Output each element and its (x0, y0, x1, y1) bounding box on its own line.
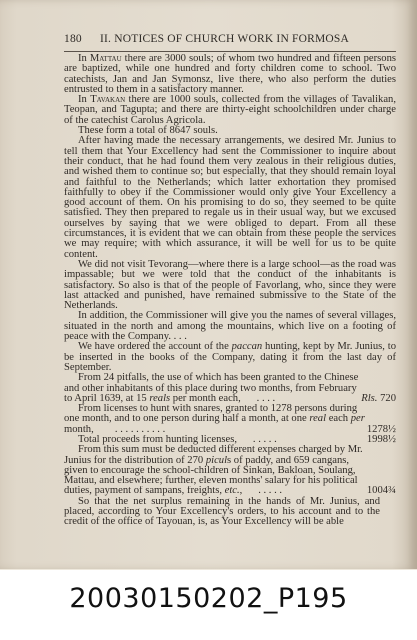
italic-term: real (309, 413, 326, 424)
header-rule (64, 51, 396, 52)
italic-term: picul (206, 455, 227, 466)
ledger-deductions: From this sum must be deducted different… (64, 445, 396, 496)
text: Junius for the distribution of 270 (64, 455, 206, 466)
paragraph-paccan: We have ordered the account of the pacca… (64, 342, 396, 373)
leader-dots: . . . . . . . . . . (115, 425, 165, 435)
text: s of paddy, and 659 cangans, (227, 455, 349, 466)
text: each (326, 413, 351, 424)
running-header: 180 II. NOTICES OF CHURCH WORK IN FORMOS… (64, 33, 396, 47)
ledger-line: From 24 pitfalls, the use of which has b… (64, 373, 380, 383)
running-title: II. NOTICES OF CHURCH WORK IN FORMOSA (100, 33, 349, 45)
amount: 720 (380, 393, 396, 404)
image-id-caption: 20030150202_P195 (0, 583, 417, 614)
ledger-snares: From licenses to hunt with snares, grant… (64, 404, 396, 435)
paragraph-mattau: In Mattau there are 3000 souls; of whom … (64, 54, 396, 95)
currency-label: Rls. (361, 393, 377, 404)
paragraph-villages: In addition, the Commissioner will give … (64, 311, 396, 342)
text: duties, payment of sampans, freights, (64, 486, 225, 496)
paragraph-arrangements: After having made the necessary arrangem… (64, 136, 396, 260)
leader-dots: . . . . . (258, 486, 282, 496)
text: , (240, 486, 243, 496)
text: one month, and to one person during half… (64, 413, 309, 424)
ledger-line: Mattau, and elsewhere; further, eleven m… (64, 476, 380, 486)
amount: 1998½ (363, 435, 396, 445)
text: month, (64, 425, 94, 435)
ledger-pitfalls: From 24 pitfalls, the use of which has b… (64, 373, 396, 404)
italic-term: per (351, 413, 365, 424)
scanned-page: 180 II. NOTICES OF CHURCH WORK IN FORMOS… (0, 0, 417, 570)
paragraph-tavakan: In Tavakan there are 1000 souls, collect… (64, 95, 396, 126)
page-number: 180 (64, 33, 82, 45)
paragraph-surplus: So that the net surplus remaining in the… (64, 497, 380, 528)
page-edge (0, 569, 417, 570)
ledger-line: and other inhabitants of this place duri… (64, 384, 380, 394)
paragraph-tevorang: We did not visit Tevorang—where there is… (64, 260, 396, 311)
ledger-row: month, . . . . . . . . . . 1278½ (64, 425, 396, 435)
body-text: In Mattau there are 3000 souls; of whom … (64, 54, 396, 528)
italic-term: etc. (225, 486, 240, 496)
